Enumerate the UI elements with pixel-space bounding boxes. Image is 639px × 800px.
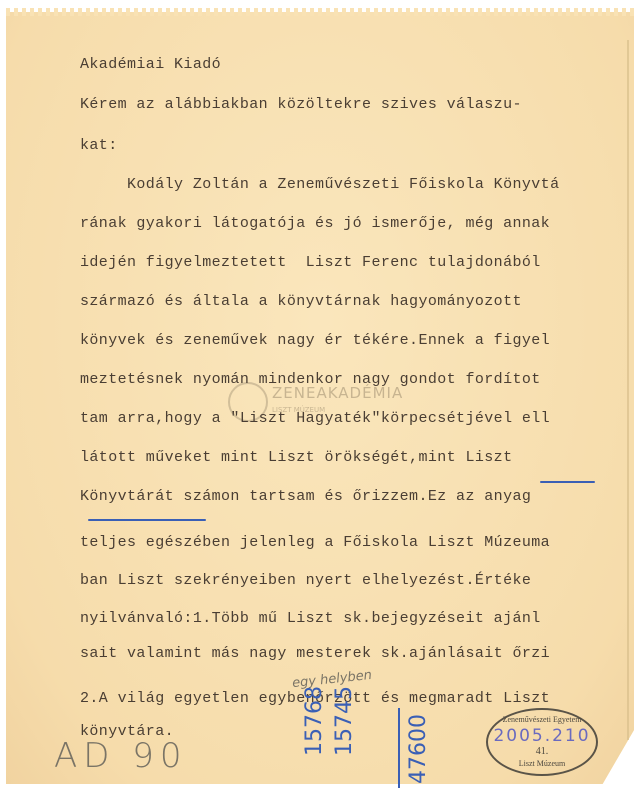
text-line: kat: — [80, 137, 118, 154]
text-line: Kérem az alábbiakban közöltekre szives v… — [80, 96, 522, 113]
text-line: idején figyelmeztetett Liszt Ferenc tula… — [80, 254, 541, 271]
text-line: könyvek és zeneművek nagy ér tékére.Enne… — [80, 332, 550, 349]
stamp-middle: 41. — [488, 746, 596, 757]
serrated-edge — [6, 8, 634, 16]
text-line: látott műveket mint Liszt örökségét,mint… — [80, 449, 512, 466]
ink-number: 47600 — [406, 714, 431, 784]
fold-line — [627, 40, 629, 740]
pencil-catalog-number: AD 90 — [54, 736, 188, 776]
text-line: nyilvánvaló:1.Több mű Liszt sk.bejegyzés… — [80, 610, 541, 627]
text-line: származó és általa a könyvtárnak hagyomá… — [80, 293, 522, 310]
ink-number: 15745 — [332, 686, 357, 756]
ink-number: 15768 — [302, 686, 327, 756]
text-line: meztetésnek nyomán mindenkor nagy gondot… — [80, 371, 541, 388]
text-line: sait valamint más nagy mesterek sk.ajánl… — [80, 645, 550, 662]
ink-underline — [540, 481, 595, 483]
text-line: Könyvtárát számon tartsam és őrizzem.Ez … — [80, 488, 531, 505]
text-line: teljes egészében jelenleg a Főiskola Lis… — [80, 534, 550, 551]
text-line: rának gyakori látogatója és jó ismerője,… — [80, 215, 550, 232]
text-line: Kodály Zoltán a Zeneművészeti Főiskola K… — [80, 176, 559, 193]
addressee: Akadémiai Kiadó — [80, 56, 221, 73]
ink-divider — [398, 708, 400, 788]
stamp-number: 2005.210 — [488, 726, 596, 746]
stamp-top-text: Zeneművészeti Egyetem — [488, 715, 596, 724]
museum-stamp: Zeneművészeti Egyetem 2005.210 41. Liszt… — [486, 708, 598, 776]
stamp-bottom-text: Liszt Múzeum — [488, 759, 596, 768]
text-line: ban Liszt szekrényeiben nyert elhelyezés… — [80, 572, 531, 589]
ink-underline — [88, 519, 206, 521]
text-line: tam arra,hogy a "Liszt Hagyaték"körpecsé… — [80, 410, 550, 427]
